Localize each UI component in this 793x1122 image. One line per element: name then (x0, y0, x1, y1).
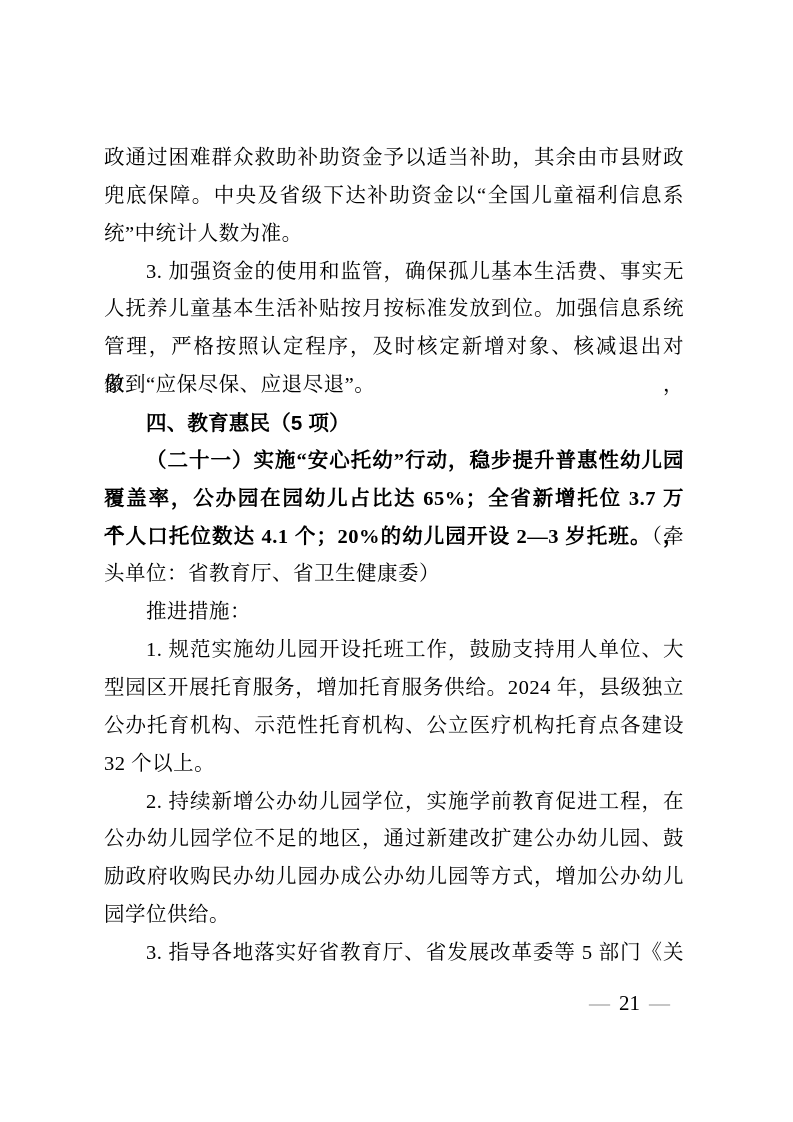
page-number-dash-right: — (649, 991, 670, 1015)
measures-label-line: 推进措施： (104, 594, 684, 632)
body-line-22: 3. 指导各地落实好省教育厅、省发展改革委等 5 部门《关 (104, 935, 684, 973)
body-line-14: 1. 规范实施幼儿园开设托班工作，鼓励支持用人单位、大 (104, 632, 684, 670)
page-number-value: 21 (619, 991, 640, 1015)
page-number-dash-left: — (589, 991, 610, 1015)
document-body: 政通过困难群众救助补助资金予以适当补助，其余由市县财政 兜底保障。中央及省级下达… (104, 140, 684, 973)
document-page: 政通过困难群众救助补助资金予以适当补助，其余由市县财政 兜底保障。中央及省级下达… (0, 0, 793, 1122)
body-line-18: 2. 持续新增公办幼儿园学位，实施学前教育促进工程，在 (104, 784, 684, 822)
body-line-4: 3. 加强资金的使用和监管，确保孤儿基本生活费、事实无 (104, 254, 684, 292)
body-line-16: 公办托育机构、示范性托育机构、公立医疗机构托育点各建设 (104, 708, 684, 746)
body-line-6: 管理，严格按照认定程序，及时核定新增对象、核减退出对象， (104, 329, 684, 367)
body-line-19: 公办幼儿园学位不足的地区，通过新建改扩建公办幼儿园、鼓 (104, 821, 684, 859)
subsection-heading-line-3: 千人口托位数达 4.1 个；20%的幼儿园开设 2—3 岁托班。（牵 (104, 519, 684, 557)
subsection-heading-bold-segment: 千人口托位数达 4.1 个；20%的幼儿园开设 2—3 岁托班。 (104, 526, 652, 548)
body-line-2: 兜底保障。中央及省级下达补助资金以“全国儿童福利信息系 (104, 178, 684, 216)
body-line-20: 励政府收购民办幼儿园办成公办幼儿园等方式，增加公办幼儿 (104, 859, 684, 897)
page-number: —21— (589, 990, 670, 1016)
body-line-17: 32 个以上。 (104, 746, 684, 784)
lead-unit-segment: （牵 (652, 526, 684, 548)
subsection-heading-line-1: （二十一）实施“安心托幼”行动，稳步提升普惠性幼儿园 (104, 443, 684, 481)
body-line-1: 政通过困难群众救助补助资金予以适当补助，其余由市县财政 (104, 140, 684, 178)
subsection-heading-line-2: 覆盖率，公办园在园幼儿占比达 65%；全省新增托位 3.7 万个， (104, 481, 684, 519)
body-line-5: 人抚养儿童基本生活补贴按月按标准发放到位。加强信息系统 (104, 291, 684, 329)
body-line-21: 园学位供给。 (104, 897, 684, 935)
body-line-3: 统”中统计人数为准。 (104, 216, 684, 254)
section-heading: 四、教育惠民（5 项） (104, 405, 684, 443)
lead-unit-line: 头单位：省教育厅、省卫生健康委） (104, 556, 684, 594)
body-line-15: 型园区开展托育服务，增加托育服务供给。2024 年，县级独立 (104, 670, 684, 708)
